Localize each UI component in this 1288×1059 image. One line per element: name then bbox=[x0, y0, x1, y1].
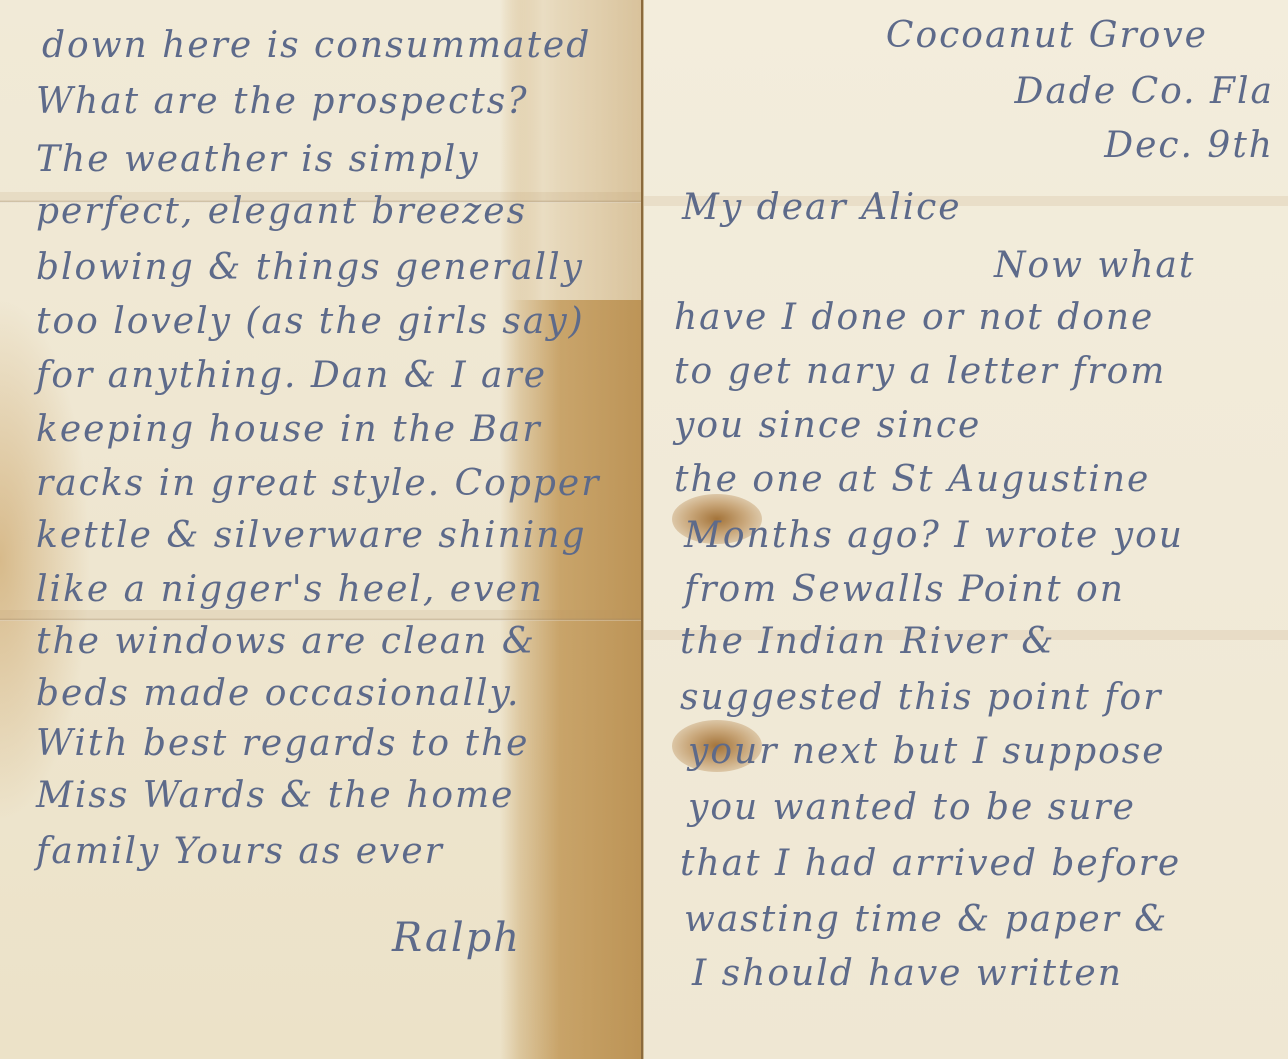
letter-line: Miss Wards & the home bbox=[36, 778, 514, 814]
letter-line: you wanted to be sure bbox=[688, 790, 1136, 826]
letter-line: for anything. Dan & I are bbox=[36, 358, 547, 394]
signature: Ralph bbox=[392, 918, 521, 958]
letter-line: kettle & silverware shining bbox=[36, 518, 587, 554]
letter-line: too lovely (as the girls say) bbox=[36, 304, 585, 340]
letter-spread: down here is consummated What are the pr… bbox=[0, 0, 1288, 1059]
letter-line: suggested this point for bbox=[680, 680, 1162, 716]
letter-line: have I done or not done bbox=[674, 300, 1154, 336]
letter-line: The weather is simply bbox=[36, 142, 480, 178]
letter-line: I should have written bbox=[692, 956, 1123, 992]
letter-place: Cocoanut Grove bbox=[886, 18, 1208, 54]
letter-county: Dade Co. Fla bbox=[1014, 74, 1274, 110]
letter-line: you since since bbox=[674, 408, 981, 444]
letter-line: blowing & things generally bbox=[36, 250, 584, 286]
letter-line: Now what bbox=[994, 248, 1195, 284]
letter-date: Dec. 9th bbox=[1104, 128, 1274, 164]
letter-line: beds made occasionally. bbox=[36, 676, 521, 712]
letter-line: your next but I suppose bbox=[688, 734, 1166, 770]
letter-line: racks in great style. Copper bbox=[36, 466, 600, 502]
letter-line: perfect, elegant breezes bbox=[36, 194, 527, 230]
letter-line: wasting time & paper & bbox=[684, 902, 1168, 938]
letter-line: the windows are clean & bbox=[36, 624, 536, 660]
letter-line: to get nary a letter from bbox=[674, 354, 1166, 390]
letter-line: that I had arrived before bbox=[680, 846, 1181, 882]
letter-line: With best regards to the bbox=[36, 726, 529, 762]
letter-line: What are the prospects? bbox=[36, 84, 529, 120]
letter-line: keeping house in the Bar bbox=[36, 412, 542, 448]
left-page: down here is consummated What are the pr… bbox=[0, 0, 643, 1059]
right-page: Cocoanut Grove Dade Co. Fla Dec. 9th My … bbox=[643, 0, 1288, 1059]
letter-line: family Yours as ever bbox=[36, 834, 444, 870]
letter-line: Months ago? I wrote you bbox=[684, 518, 1184, 554]
letter-line: down here is consummated bbox=[42, 28, 591, 64]
letter-line: the one at St Augustine bbox=[674, 462, 1150, 498]
salutation: My dear Alice bbox=[682, 190, 962, 226]
letter-line: from Sewalls Point on bbox=[684, 572, 1125, 608]
letter-line: like a nigger's heel, even bbox=[36, 572, 544, 608]
letter-line: the Indian River & bbox=[680, 624, 1055, 660]
